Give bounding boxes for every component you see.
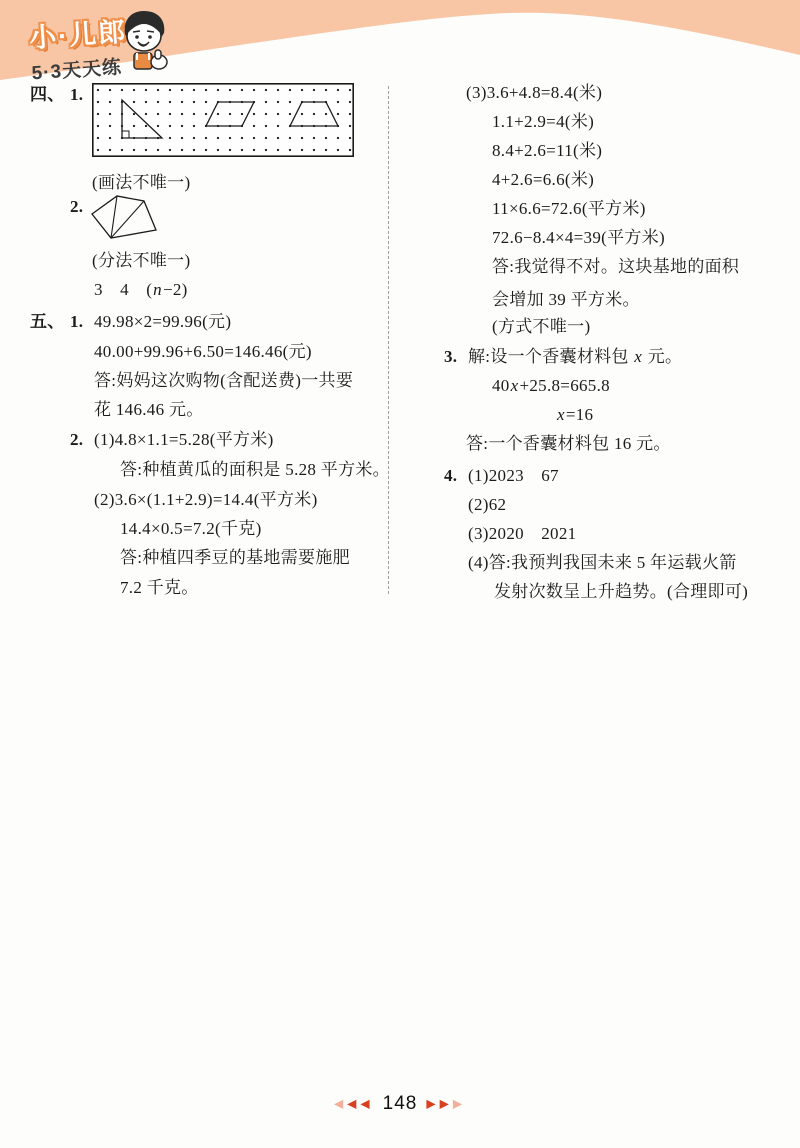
equation-line: 8.4+2.6=11(米) bbox=[492, 140, 602, 162]
page-footer: ◀◀◀148▶▶▶ bbox=[0, 1093, 800, 1115]
section-5-label: 五、 bbox=[30, 311, 65, 333]
item-1-number: 1. bbox=[70, 84, 83, 106]
brand-logo: 小·儿郎 5·3天天练 bbox=[28, 10, 131, 86]
formula-post: −2) bbox=[163, 280, 188, 299]
logo-text: 小·儿郎 bbox=[28, 10, 128, 56]
equation-line: (2)3.6×(1.1+2.9)=14.4(平方米) bbox=[94, 489, 318, 511]
equation-post: =16 bbox=[566, 405, 594, 424]
answer-line: 答:种植四季豆的基地需要施肥 bbox=[120, 547, 350, 569]
equation-line: 4+2.6=6.6(米) bbox=[492, 169, 594, 191]
solution-post: 元。 bbox=[643, 347, 682, 366]
right-arrow-icon: ▶ bbox=[440, 1097, 453, 1111]
answer-line: 3 4 (n−2) bbox=[94, 279, 188, 301]
column-divider bbox=[388, 86, 389, 594]
right-arrow-icon: ▶ bbox=[426, 1097, 439, 1111]
equation-line: 1.1+2.9=4(米) bbox=[492, 111, 594, 133]
equation-line: (3)3.6+4.8=8.4(米) bbox=[466, 82, 602, 104]
answer-line: 答:种植黄瓜的面积是 5.28 平方米。 bbox=[120, 459, 390, 481]
answer-note: (分法不唯一) bbox=[92, 250, 190, 272]
left-arrow-icon: ◀ bbox=[334, 1097, 347, 1111]
right-arrow-icon: ▶ bbox=[453, 1097, 466, 1111]
item-2-number: 2. bbox=[70, 196, 83, 218]
boy-mascot-icon bbox=[118, 10, 170, 76]
item-3-number: 3. bbox=[444, 346, 457, 368]
answer-line: 答:妈妈这次购物(含配送费)一共要 bbox=[94, 370, 353, 392]
answer-note: (画法不唯一) bbox=[92, 172, 190, 194]
page-number: 148 bbox=[383, 1093, 418, 1114]
equation-line: 40x+25.8=665.8 bbox=[492, 375, 610, 397]
formula-pre: 3 4 ( bbox=[94, 280, 152, 299]
equation-line: 11×6.6=72.6(平方米) bbox=[492, 198, 646, 220]
answer-line: 花 146.46 元。 bbox=[94, 399, 204, 421]
answer-line: (2)62 bbox=[468, 494, 506, 516]
answer-line: (4)答:我预判我国未来 5 年运载火箭 bbox=[468, 552, 737, 574]
equation-line: 40.00+99.96+6.50=146.46(元) bbox=[94, 341, 312, 363]
variable-x: x bbox=[633, 347, 643, 366]
answer-line: 会增加 39 平方米。 bbox=[492, 289, 640, 311]
answer-line: (3)2020 2021 bbox=[468, 523, 576, 545]
item-1-number: 1. bbox=[70, 311, 83, 333]
variable-n: n bbox=[152, 280, 163, 299]
equation-pre: 40 bbox=[492, 376, 510, 395]
pentagon-figure bbox=[88, 193, 160, 241]
dot-grid-figure bbox=[92, 83, 354, 157]
pentagon-outline bbox=[92, 196, 156, 238]
left-arrow-icon: ◀ bbox=[360, 1097, 373, 1111]
answer-line: 7.2 千克。 bbox=[120, 577, 199, 599]
solution-line: 解:设一个香囊材料包 x 元。 bbox=[468, 346, 682, 368]
answer-note: (方式不唯一) bbox=[492, 316, 590, 338]
answer-line: 答:一个香囊材料包 16 元。 bbox=[466, 433, 671, 455]
answer-line: 发射次数呈上升趋势。(合理即可) bbox=[494, 581, 748, 603]
equation-line: x=16 bbox=[556, 404, 593, 426]
equation-post: +25.8=665.8 bbox=[519, 376, 609, 395]
solution-pre: 解:设一个香囊材料包 bbox=[468, 347, 633, 366]
answer-line: (1)2023 67 bbox=[468, 465, 559, 487]
equation-line: 49.98×2=99.96(元) bbox=[94, 311, 231, 333]
equation-line: 72.6−8.4×4=39(平方米) bbox=[492, 227, 665, 249]
section-4-label: 四、 bbox=[30, 84, 65, 106]
variable-x: x bbox=[556, 405, 566, 424]
variable-x: x bbox=[510, 376, 520, 395]
equation-line: 14.4×0.5=7.2(千克) bbox=[120, 518, 262, 540]
left-arrow-icon: ◀ bbox=[347, 1097, 360, 1111]
item-2-number: 2. bbox=[70, 429, 83, 451]
answer-line: 答:我觉得不对。这块基地的面积 bbox=[492, 256, 739, 278]
equation-line: (1)4.8×1.1=5.28(平方米) bbox=[94, 429, 274, 451]
item-4-number: 4. bbox=[444, 465, 457, 487]
workbook-page: 小·儿郎 5·3天天练 四、 1. bbox=[0, 0, 800, 1148]
